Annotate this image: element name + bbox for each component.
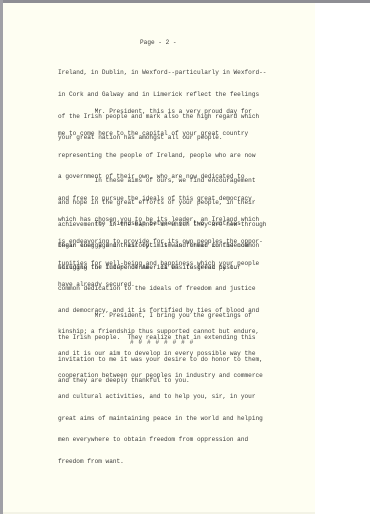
- text-line: The friendship between our two countries: [58, 220, 263, 227]
- text-line: me to come here to the capital of your g…: [58, 130, 263, 137]
- text-line: In these aims of ours, we find encourage…: [58, 177, 266, 184]
- text-line: struggle for independence. It was foster…: [58, 264, 263, 271]
- text-line: freedom from want.: [58, 458, 263, 465]
- text-line: and they are deeply thankful to you.: [58, 377, 263, 384]
- text-line: Mr. President, I bring you the greetings…: [58, 312, 263, 319]
- text-line: Mr. President, this is a very proud day …: [58, 108, 263, 115]
- text-line: representing the people of Ireland, peop…: [58, 152, 263, 159]
- page-bottom-edge: [3, 512, 315, 514]
- text-line: invitation to me it was your desire to d…: [58, 356, 263, 363]
- text-line: began long ago in history. It was formed…: [58, 242, 263, 249]
- text-line: common dedication to the ideals of freed…: [58, 285, 263, 292]
- text-line: great aims of maintaining peace in the w…: [58, 415, 263, 422]
- text-line: men everywhere to obtain freedom from op…: [58, 436, 263, 443]
- text-line: Ireland, in Dublin, in Wexford--particul…: [58, 69, 266, 76]
- end-of-document-marks: # # # # # # # #: [130, 339, 194, 346]
- text-line: and cultural activities, and to help you…: [58, 393, 263, 400]
- page-number-header: Page - 2 -: [140, 39, 177, 46]
